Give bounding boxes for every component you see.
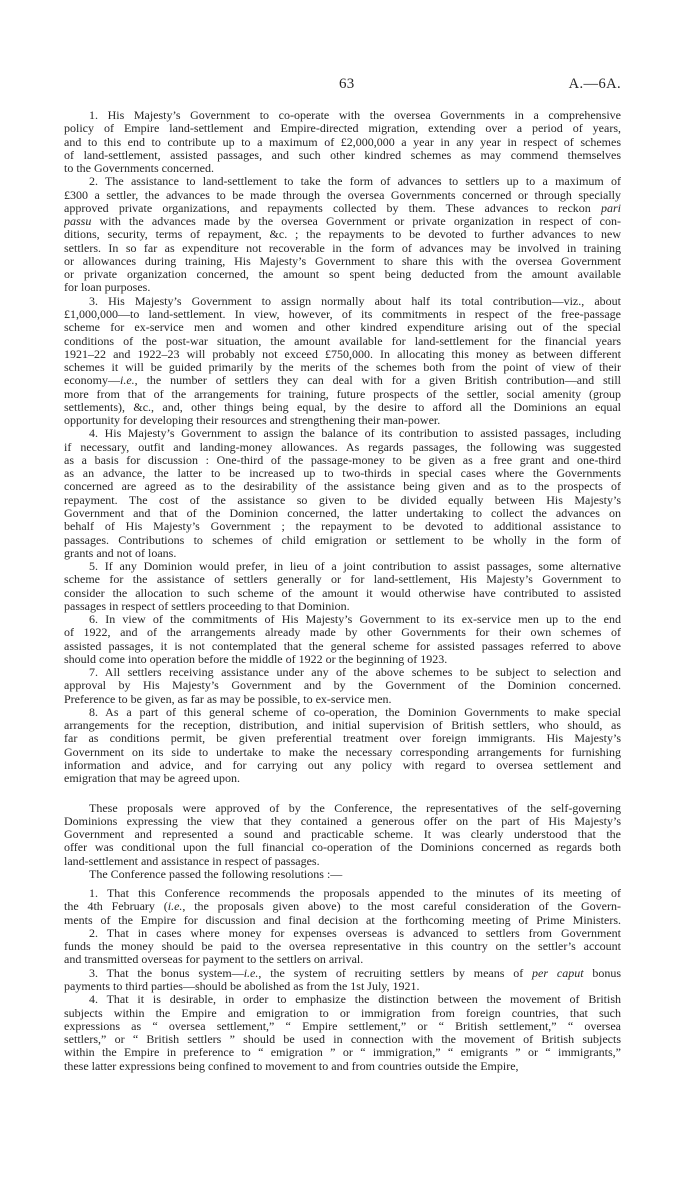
text-line: economy—i.e., the number of settlers the…: [64, 374, 621, 387]
text-line: for loan purposes.: [64, 281, 621, 294]
text-line: 4. His Majesty’s Government to assign th…: [64, 427, 621, 440]
text-line: behalf of His Majesty’s Government ; the…: [64, 520, 621, 533]
text-segment: arrangements for the reception, distribu…: [64, 719, 621, 732]
text-segment: , the system of recruiting settlers by m…: [258, 967, 532, 980]
text-line: Dominions expressing the view that they …: [64, 815, 621, 828]
text-segment: Government and represented a sound and p…: [64, 828, 621, 841]
text-segment: with the advances made by the oversea Go…: [91, 215, 621, 228]
text-segment: concerned are agreed as to the desirabil…: [64, 480, 621, 493]
text-line: 3. That the bonus system—i.e., the syste…: [64, 967, 621, 980]
paragraph: 3. His Majesty’s Government to assign no…: [64, 295, 621, 428]
text-segment: The Conference passed the following reso…: [89, 868, 342, 881]
paragraph: 7. All settlers receiving assistance und…: [64, 666, 621, 706]
italic-text-segment: pari: [601, 202, 621, 215]
text-line: settlers,” or “ British settlers ” shoul…: [64, 1033, 621, 1046]
text-segment: should come into operation before the mi…: [64, 653, 447, 666]
text-segment: , the proposals given above) to the most…: [182, 900, 621, 913]
text-segment: and transmitted overseas for payment to …: [64, 953, 363, 966]
text-segment: subjects within the Empire and emigratio…: [64, 1007, 621, 1020]
text-segment: land-settlement and assistance in respec…: [64, 855, 320, 868]
italic-text-segment: i.e.: [168, 900, 183, 913]
text-line: arrangements for the reception, distribu…: [64, 719, 621, 732]
text-segment: far as conditions permit, be given prefe…: [64, 732, 621, 745]
text-line: 1. His Majesty’s Government to co-operat…: [64, 109, 621, 122]
text-segment: or allowances during training, His Majes…: [64, 255, 621, 268]
text-line: 1. That this Conference recommends the p…: [64, 887, 621, 900]
text-segment: 8. As a part of this general scheme of c…: [89, 706, 621, 719]
text-line: payments to third parties—should be abol…: [64, 980, 621, 993]
text-line: information and advice, and for carrying…: [64, 759, 621, 772]
paragraph: These proposals were approved of by the …: [64, 802, 621, 868]
text-segment: passages. Contributions to schemes of ch…: [64, 534, 621, 547]
text-segment: as a basis for discussion : One-third of…: [64, 454, 621, 467]
text-line: £1,000,000—to land-settlement. In view, …: [64, 308, 621, 321]
text-line: or private organization concerned, the a…: [64, 268, 621, 281]
page-number: 63: [339, 75, 355, 93]
text-line: ditions, security, terms of repayment, &…: [64, 228, 621, 241]
text-segment: payments to third parties—should be abol…: [64, 980, 420, 993]
italic-text-segment: i.e.: [244, 967, 259, 980]
text-line: passu with the advances made by the over…: [64, 215, 621, 228]
text-line: the 4th February (i.e., the proposals gi…: [64, 900, 621, 913]
text-line: Government on its side to undertake to m…: [64, 746, 621, 759]
text-line: opportunity for developing their resourc…: [64, 414, 621, 427]
italic-text-segment: i.e.: [120, 374, 135, 387]
text-segment: 4. That it is desirable, in order to emp…: [89, 993, 621, 1006]
text-segment: £300 a settler, the advances to be made …: [64, 189, 621, 202]
text-segment: for loan purposes.: [64, 281, 150, 294]
document-body: 1. His Majesty’s Government to co-operat…: [64, 109, 621, 1073]
text-line: should come into operation before the mi…: [64, 653, 621, 666]
text-segment: £1,000,000—to land-settlement. In view, …: [64, 308, 621, 321]
text-segment: consider the allocation to such scheme o…: [64, 587, 621, 600]
text-segment: settlements), &c., and, other things bei…: [64, 401, 621, 414]
text-line: £300 a settler, the advances to be made …: [64, 189, 621, 202]
text-line: far as conditions permit, be given prefe…: [64, 732, 621, 745]
text-line: Government and represented a sound and p…: [64, 828, 621, 841]
italic-text-segment: passu: [64, 215, 91, 228]
text-line: 7. All settlers receiving assistance und…: [64, 666, 621, 679]
text-line: approval by His Majesty’s Government and…: [64, 679, 621, 692]
paragraph: 2. The assistance to land-settlement to …: [64, 175, 621, 294]
text-line: 8. As a part of this general scheme of c…: [64, 706, 621, 719]
text-line: settlers. In so far as expenditure not r…: [64, 242, 621, 255]
text-segment: repayment. The cost of the assistance so…: [64, 494, 621, 507]
text-segment: settlers,” or “ British settlers ” shoul…: [64, 1033, 621, 1046]
text-line: more from that of the arrangements for t…: [64, 388, 621, 401]
paragraph: 1. That this Conference recommends the p…: [64, 887, 621, 927]
text-segment: 1. That this Conference recommends the p…: [89, 887, 621, 900]
text-segment: scheme for ex-service men and women and …: [64, 321, 621, 334]
italic-text-segment: per caput: [532, 967, 583, 980]
text-segment: and to this end to contribute up to a ma…: [64, 136, 621, 149]
paragraph: 2. That in cases where money for expense…: [64, 927, 621, 967]
text-segment: economy—: [64, 374, 120, 387]
text-line: approved private organizations, and repa…: [64, 202, 621, 215]
text-line: repayment. The cost of the assistance so…: [64, 494, 621, 507]
text-segment: Government on its side to undertake to m…: [64, 746, 621, 759]
text-segment: 4. His Majesty’s Government to assign th…: [89, 427, 621, 440]
text-line: The Conference passed the following reso…: [64, 868, 621, 881]
text-segment: behalf of His Majesty’s Government ; the…: [64, 520, 621, 533]
paragraph: 3. That the bonus system—i.e., the syste…: [64, 967, 621, 994]
text-line: passages in respect of settlers proceedi…: [64, 600, 621, 613]
text-line: 4. That it is desirable, in order to emp…: [64, 993, 621, 1006]
text-line: or allowances during training, His Majes…: [64, 255, 621, 268]
text-segment: offer was conditional upon the full fina…: [64, 841, 621, 854]
text-line: funds the money should be paid to the ov…: [64, 940, 621, 953]
text-segment: opportunity for developing their resourc…: [64, 414, 440, 427]
resolutions-section: 1. That this Conference recommends the p…: [64, 887, 621, 1073]
text-segment: emigration that may be agreed upon.: [64, 772, 240, 785]
text-segment: approval by His Majesty’s Government and…: [64, 679, 621, 692]
paragraph: The Conference passed the following reso…: [64, 868, 621, 881]
text-line: schemes it will be guided primarily by t…: [64, 361, 621, 374]
text-segment: funds the money should be paid to the ov…: [64, 940, 621, 953]
text-segment: approved private organizations, and repa…: [64, 202, 601, 215]
text-segment: the 4th February (: [64, 900, 168, 913]
text-segment: 7. All settlers receiving assistance und…: [89, 666, 621, 679]
text-segment: 5. If any Dominion would prefer, in lieu…: [89, 560, 621, 573]
text-line: as a basis for discussion : One-third of…: [64, 454, 621, 467]
text-line: Government and that of the Dominion conc…: [64, 507, 621, 520]
text-line: settlements), &c., and, other things bei…: [64, 401, 621, 414]
text-line: 3. His Majesty’s Government to assign no…: [64, 295, 621, 308]
text-segment: assisted passages, it is not contemplate…: [64, 640, 621, 653]
text-line: concerned are agreed as to the desirabil…: [64, 480, 621, 493]
text-line: of land-settlement, assisted passages, a…: [64, 149, 621, 162]
text-segment: as an advance, the latter to be increase…: [64, 467, 621, 480]
text-line: to the Governments concerned.: [64, 162, 621, 175]
text-line: emigration that may be agreed upon.: [64, 772, 621, 785]
text-segment: bonus: [584, 967, 621, 980]
text-line: expressions as “ oversea settlement,” “ …: [64, 1020, 621, 1033]
paragraph: 6. In view of the commitments of His Maj…: [64, 613, 621, 666]
text-line: 2. That in cases where money for expense…: [64, 927, 621, 940]
text-line: conditions of the post-war situation, th…: [64, 335, 621, 348]
text-segment: conditions of the post-war situation, th…: [64, 335, 621, 348]
paragraph: 4. That it is desirable, in order to emp…: [64, 993, 621, 1073]
text-segment: expressions as “ oversea settlement,” “ …: [64, 1020, 621, 1033]
text-segment: 1921–22 and 1922–23 will probably not ex…: [64, 348, 621, 361]
text-line: Preference to be given, as far as may be…: [64, 693, 621, 706]
text-line: and transmitted overseas for payment to …: [64, 953, 621, 966]
text-line: scheme for the assistance of settlers ge…: [64, 573, 621, 586]
text-line: if necessary, outfit and landing-money a…: [64, 441, 621, 454]
text-segment: 2. That in cases where money for expense…: [89, 927, 621, 940]
text-segment: policy of Empire land-settlement and Emp…: [64, 122, 621, 135]
text-line: subjects within the Empire and emigratio…: [64, 1007, 621, 1020]
text-segment: Dominions expressing the view that they …: [64, 815, 621, 828]
paragraph: 4. His Majesty’s Government to assign th…: [64, 427, 621, 560]
text-segment: of land-settlement, assisted passages, a…: [64, 149, 621, 162]
paragraph: 8. As a part of this general scheme of c…: [64, 706, 621, 786]
text-line: These proposals were approved of by the …: [64, 802, 621, 815]
text-segment: ditions, security, terms of repayment, &…: [64, 228, 621, 241]
text-segment: scheme for the assistance of settlers ge…: [64, 573, 621, 586]
text-segment: 2. The assistance to land-settlement to …: [89, 175, 621, 188]
text-segment: information and advice, and for carrying…: [64, 759, 621, 772]
paragraph: 5. If any Dominion would prefer, in lieu…: [64, 560, 621, 613]
conference-approval-section: These proposals were approved of by the …: [64, 802, 621, 882]
text-segment: 1. His Majesty’s Government to co-operat…: [89, 109, 621, 122]
text-segment: grants and not of loans.: [64, 547, 176, 560]
text-line: assisted passages, it is not contemplate…: [64, 640, 621, 653]
text-line: these latter expressions being confined …: [64, 1060, 621, 1073]
text-line: land-settlement and assistance in respec…: [64, 855, 621, 868]
text-segment: ments of the Empire for discussion and f…: [64, 914, 621, 927]
text-segment: passages in respect of settlers proceedi…: [64, 600, 350, 613]
text-line: scheme for ex-service men and women and …: [64, 321, 621, 334]
text-segment: to the Governments concerned.: [64, 162, 214, 175]
text-segment: more from that of the arrangements for t…: [64, 388, 621, 401]
text-segment: 3. That the bonus system—: [89, 967, 244, 980]
paragraph: 1. His Majesty’s Government to co-operat…: [64, 109, 621, 175]
text-segment: within the Empire in preference to “ emi…: [64, 1046, 621, 1059]
text-line: 2. The assistance to land-settlement to …: [64, 175, 621, 188]
text-line: within the Empire in preference to “ emi…: [64, 1046, 621, 1059]
text-segment: , the number of settlers they can deal w…: [135, 374, 621, 387]
text-line: passages. Contributions to schemes of ch…: [64, 534, 621, 547]
text-line: consider the allocation to such scheme o…: [64, 587, 621, 600]
text-line: offer was conditional upon the full fina…: [64, 841, 621, 854]
text-line: 6. In view of the commitments of His Maj…: [64, 613, 621, 626]
text-segment: of 1922, and of the arrangements already…: [64, 626, 621, 639]
text-line: 1921–22 and 1922–23 will probably not ex…: [64, 348, 621, 361]
text-segment: settlers. In so far as expenditure not r…: [64, 242, 621, 255]
text-segment: if necessary, outfit and landing-money a…: [64, 441, 621, 454]
text-segment: schemes it will be guided primarily by t…: [64, 361, 621, 374]
text-line: of 1922, and of the arrangements already…: [64, 626, 621, 639]
text-segment: Preference to be given, as far as may be…: [64, 693, 392, 706]
text-line: grants and not of loans.: [64, 547, 621, 560]
text-segment: These proposals were approved of by the …: [89, 802, 621, 815]
text-line: and to this end to contribute up to a ma…: [64, 136, 621, 149]
text-segment: these latter expressions being confined …: [64, 1060, 519, 1073]
text-segment: 3. His Majesty’s Government to assign no…: [89, 295, 621, 308]
proposals-section: 1. His Majesty’s Government to co-operat…: [64, 109, 621, 786]
text-segment: Government and that of the Dominion conc…: [64, 507, 621, 520]
document-reference: A.—6A.: [569, 75, 621, 93]
text-line: policy of Empire land-settlement and Emp…: [64, 122, 621, 135]
text-segment: 6. In view of the commitments of His Maj…: [89, 613, 621, 626]
text-line: ments of the Empire for discussion and f…: [64, 914, 621, 927]
text-line: 5. If any Dominion would prefer, in lieu…: [64, 560, 621, 573]
text-line: as an advance, the latter to be increase…: [64, 467, 621, 480]
text-segment: or private organization concerned, the a…: [64, 268, 621, 281]
